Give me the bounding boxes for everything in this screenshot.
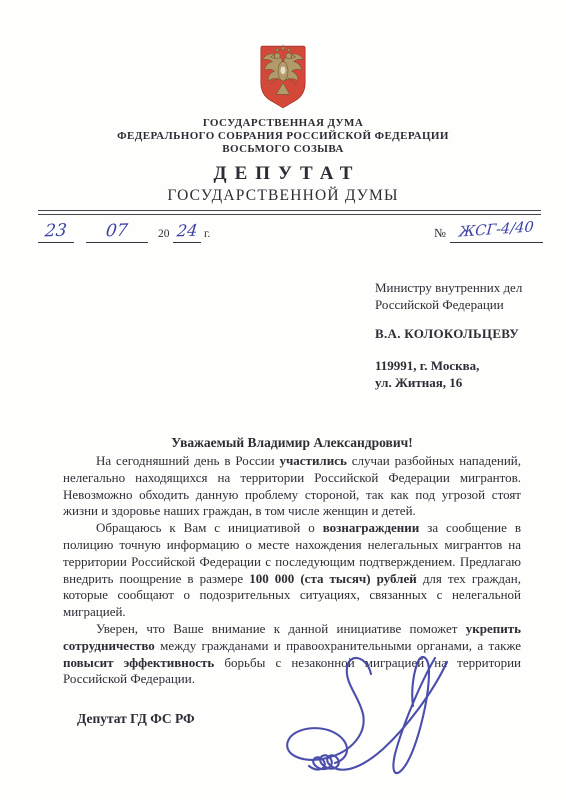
addressee-position-line-2: Российской Федерации: [375, 296, 522, 313]
addressee-address-line-1: 119991, г. Москва,: [375, 357, 522, 374]
addressee-position-line-1: Министру внутренних дел: [375, 279, 522, 296]
body-text-bold-run: 100 000 (ста тысяч) рублей: [249, 571, 417, 586]
letter-page: ГОСУДАРСТВЕННАЯ ДУМА ФЕДЕРАЛЬНОГО СОБРАН…: [0, 0, 566, 800]
deputy-title: ДЕПУТАТ: [0, 163, 566, 185]
body-text-bold-run: вознаграждении: [323, 520, 420, 535]
org-name-line-2: ФЕДЕРАЛЬНОГО СОБРАНИЯ РОССИЙСКОЙ ФЕДЕРАЦ…: [0, 130, 566, 143]
coat-of-arms-russia-icon: [257, 44, 309, 110]
deputy-subtitle: ГОСУДАРСТВЕННОЙ ДУМЫ: [0, 187, 566, 205]
addressee-address-line-2: ул. Житная, 16: [375, 374, 522, 391]
emblem-inner-shield: [280, 66, 285, 74]
body-text-run: Обращаюсь к Вам с инициативой о: [96, 520, 323, 535]
date-year-prefix: 20: [158, 228, 170, 240]
addressee-block: Министру внутренних дел Российской Федер…: [375, 279, 522, 391]
body-text-run: Уверен, что Ваше внимание к данной иници…: [96, 621, 466, 636]
date-month-blank: 07: [86, 219, 148, 243]
doc-number-value: ЖСГ-4/40: [458, 216, 535, 244]
signature-strokes: [287, 657, 447, 773]
org-name-line-1: ГОСУДАРСТВЕННАЯ ДУМА: [0, 117, 566, 130]
body-text-bold-run: повысит эффективность: [63, 655, 214, 670]
org-name-line-3: ВОСЬМОГО СОЗЫВА: [0, 143, 566, 156]
addressee-name: В.А. КОЛОКОЛЬЦЕВУ: [375, 325, 522, 342]
header-rule: [38, 210, 541, 215]
salutation: Уважаемый Владимир Александрович!: [63, 435, 521, 451]
letterhead: ГОСУДАРСТВЕННАЯ ДУМА ФЕДЕРАЛЬНОГО СОБРАН…: [0, 117, 566, 205]
date-day-blank: 23: [38, 219, 74, 243]
dateline: 23 07 20 24 г. № ЖСГ-4/40: [38, 219, 541, 249]
signoff-title: Депутат ГД ФС РФ: [77, 711, 195, 727]
doc-number-label: №: [434, 226, 446, 241]
date-year-value: 24: [176, 219, 199, 244]
body-text-run: На сегодняшний день в России: [96, 453, 279, 468]
date-year-mark: г.: [204, 228, 210, 240]
body-text-bold-run: участились: [279, 453, 346, 468]
doc-number-blank: ЖСГ-4/40: [450, 219, 543, 243]
handwritten-signature-icon: [275, 648, 465, 796]
date-day-value: 23: [44, 219, 68, 244]
date-year-blank: 24: [173, 219, 201, 243]
date-month-value: 07: [105, 219, 129, 244]
body-paragraph: На сегодняшний день в России участились …: [63, 453, 521, 520]
body-paragraph: Обращаюсь к Вам с инициативой о вознагра…: [63, 520, 521, 621]
